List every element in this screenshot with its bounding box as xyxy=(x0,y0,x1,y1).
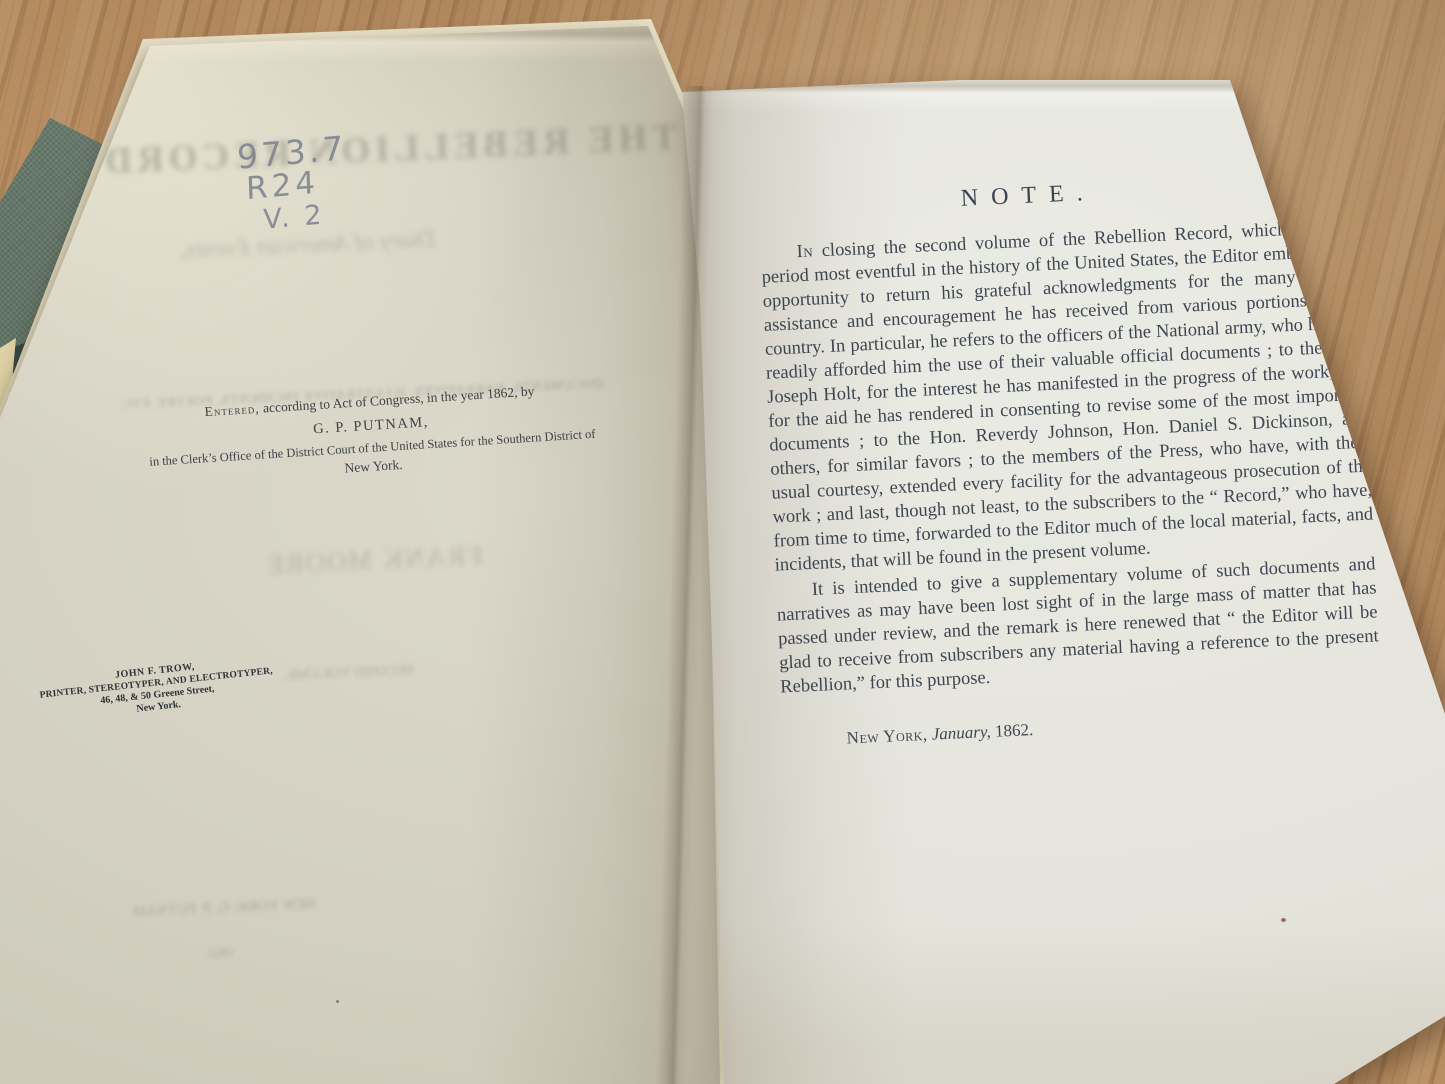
right-page-wrapper: NOTE. In closing the second volume of th… xyxy=(0,0,1445,1084)
paragraph-text: closing the second volume of the Rebelli… xyxy=(761,217,1373,576)
dateline-place: New York, xyxy=(846,725,928,748)
paragraph-lead-word: In xyxy=(796,242,813,263)
right-page: NOTE. In closing the second volume of th… xyxy=(0,0,1445,1084)
note-heading: NOTE. xyxy=(768,172,1289,220)
dateline-month: January, xyxy=(927,722,991,744)
foxing-speck xyxy=(1281,918,1286,922)
dateline: New York, January, 1862. xyxy=(846,702,1383,750)
note-text-block: NOTE. In closing the second volume of th… xyxy=(758,169,1383,754)
dateline-year: 1862. xyxy=(990,720,1033,741)
open-book-photo: THE REBELLION RECORD Diary of American E… xyxy=(0,0,1445,1084)
note-paragraph-2: It is intended to give a supplementary v… xyxy=(775,552,1380,699)
note-paragraph-1: In closing the second volume of the Rebe… xyxy=(760,215,1375,578)
